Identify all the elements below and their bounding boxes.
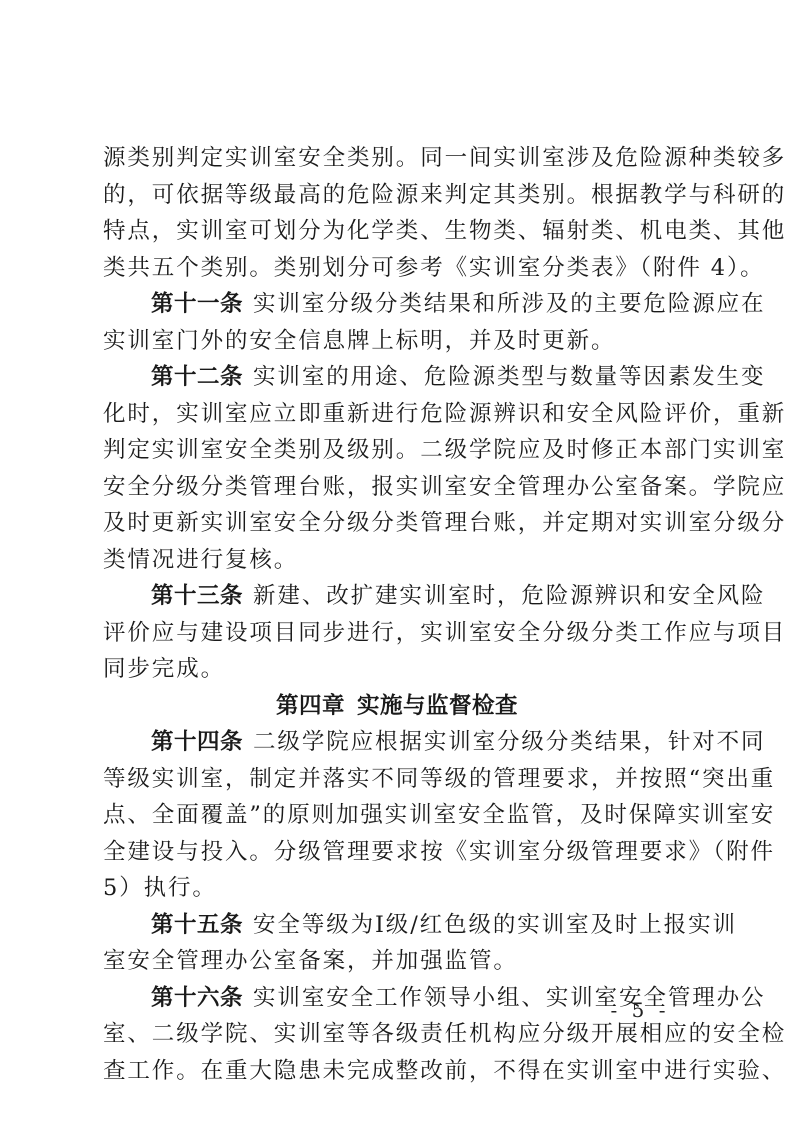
article-text: 新建、改扩建实训室时，危险源辨识和安全风险 [253, 583, 765, 609]
article-label: 第十二条 [151, 364, 243, 390]
article-label: 第十六条 [151, 985, 243, 1011]
article-15: 第十五条安全等级为Ⅰ级/红色级的实训室及时上报实训 [103, 907, 691, 944]
body-line: 评价应与建设项目同步进行，实训室安全分级分类工作应与项目 [103, 615, 691, 652]
article-label: 第十五条 [151, 912, 243, 938]
body-line: 等级实训室，制定并落实不同等级的管理要求，并按照“突出重 [103, 761, 691, 798]
chapter-title: 实施与监督检查 [357, 693, 518, 719]
body-line: 安全分级分类管理台账，报实训室安全管理办公室备案。学院应 [103, 469, 691, 506]
document-body: 源类别判定实训室安全类别。同一间实训室涉及危险源种类较多 的，可依据等级最高的危… [103, 140, 691, 1089]
article-13: 第十三条新建、改扩建实训室时，危险源辨识和安全风险 [103, 578, 691, 615]
article-text: 实训室分级分类结果和所涉及的主要危险源应在 [253, 291, 765, 317]
body-line: 化时，实训室应立即重新进行危险源辨识和安全风险评价，重新 [103, 396, 691, 433]
body-line: 特点，实训室可划分为化学类、生物类、辐射类、机电类、其他 [103, 213, 691, 250]
body-line: 判定实训室安全类别及级别。二级学院应及时修正本部门实训室 [103, 432, 691, 469]
body-line: 及时更新实训室安全分级分类管理台账，并定期对实训室分级分 [103, 505, 691, 542]
article-14: 第十四条二级学院应根据实训室分级分类结果，针对不同 [103, 724, 691, 761]
body-line: 类情况进行复核。 [103, 542, 691, 579]
body-line: 室安全管理办公室备案，并加强监管。 [103, 943, 691, 980]
body-line: 同步完成。 [103, 651, 691, 688]
article-text: 安全等级为Ⅰ级/红色级的实训室及时上报实训 [253, 912, 737, 938]
body-line: 5）执行。 [103, 870, 691, 907]
body-line: 类共五个类别。类别划分可参考《实训室分类表》（附件 4）。 [103, 250, 691, 287]
body-line: 点、全面覆盖”的原则加强实训室安全监管，及时保障实训室安 [103, 797, 691, 834]
body-line: 源类别判定实训室安全类别。同一间实训室涉及危险源种类较多 [103, 140, 691, 177]
article-label: 第十三条 [151, 583, 243, 609]
article-11: 第十一条实训室分级分类结果和所涉及的主要危险源应在 [103, 286, 691, 323]
article-label: 第十一条 [151, 291, 243, 317]
page-number: - 5 - [600, 998, 680, 1022]
article-text: 实训室安全工作领导小组、实训室安全管理办公 [253, 985, 765, 1011]
body-line: 全建设与投入。分级管理要求按《实训室分级管理要求》（附件 [103, 834, 691, 871]
article-text: 实训室的用途、危险源类型与数量等因素发生变 [253, 364, 765, 390]
body-line: 的，可依据等级最高的危险源来判定其类别。根据教学与科研的 [103, 177, 691, 214]
chapter-heading: 第四章实施与监督检查 [103, 688, 691, 725]
article-label: 第十四条 [151, 729, 243, 755]
article-12: 第十二条实训室的用途、危险源类型与数量等因素发生变 [103, 359, 691, 396]
article-text: 二级学院应根据实训室分级分类结果，针对不同 [253, 729, 765, 755]
body-line: 实训室门外的安全信息牌上标明，并及时更新。 [103, 323, 691, 360]
chapter-number: 第四章 [276, 693, 345, 719]
body-line: 查工作。在重大隐患未完成整改前，不得在实训室中进行实验、 [103, 1053, 691, 1090]
